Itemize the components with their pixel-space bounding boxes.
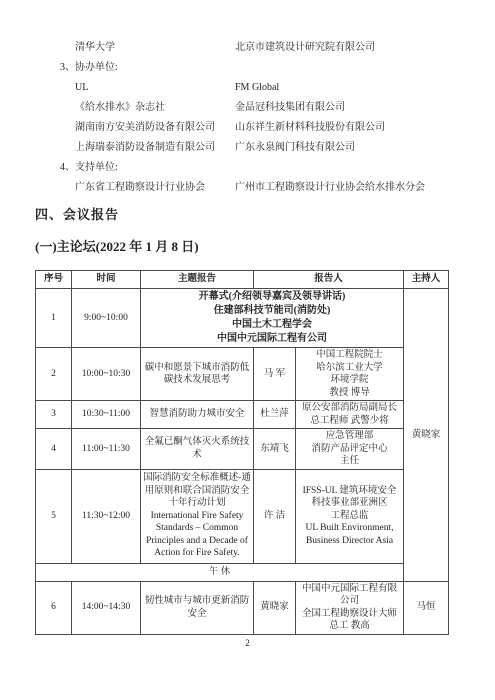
affiliation-line: 工程总监 [298, 510, 401, 523]
serial-cell: 4 [36, 429, 72, 470]
time-cell: 11:00~11:30 [72, 429, 141, 470]
serial-cell: 5 [36, 469, 72, 563]
table-row: 2 10:00~10:30 碳中和愿景下城市消防低碳技术发展思考 马 军 中国工… [36, 348, 449, 401]
co-organizer-left: 湖南南方安美消防设备有限公司 [75, 118, 235, 138]
supporter-left: 广东省工程勘察设计行业协会 [75, 178, 235, 198]
time-cell: 14:00~14:30 [72, 581, 141, 634]
topic-line-en: International Fire Safety Standards – Co… [143, 510, 251, 560]
co-organizer-row: UL FM Global [35, 78, 463, 98]
opening-line: 住建部科技节能司(消防处) [143, 304, 401, 318]
co-organizer-row: 《给水排水》杂志社 金品冠科技集团有限公司 [35, 98, 463, 118]
co-organizer-row: 湖南南方安美消防设备有限公司 山东祥生新材料科技股份有限公司 [35, 118, 463, 138]
affiliation-line: 教授 博导 [298, 387, 401, 400]
co-organizer-right: 金品冠科技集团有限公司 [235, 98, 463, 118]
affiliation-cell: 中国工程院院士 哈尔滨工业大学 环境学院 教授 博导 [296, 348, 404, 401]
organizer-left: 清华大学 [75, 38, 235, 58]
affiliation-line: 中国工程院院士 [298, 349, 401, 362]
co-organizer-right: 广东永泉阀门科技有限公司 [235, 138, 463, 158]
time-cell: 10:00~10:30 [72, 348, 141, 401]
document-page: 清华大学 北京市建筑设计研究院有限公司 3、协办单位: UL FM Global… [0, 0, 495, 700]
opening-cell: 开幕式(介绍领导嘉宾及领导讲话) 住建部科技节能司(消防处) 中国土木工程学会 … [141, 289, 404, 348]
affiliation-line: 环境学院 [298, 374, 401, 387]
page-number: 2 [0, 638, 495, 648]
speaker-cell: 马 军 [254, 348, 296, 401]
serial-cell: 2 [36, 348, 72, 401]
table-row: 4 11:00~11:30 全氟已酮气体灭火系统技术 东靖飞 应急管理部 消防产… [36, 429, 449, 470]
affiliation-line: 主任 [298, 455, 401, 468]
affiliation-line: UL Built Environment, [298, 522, 401, 535]
header-host: 主持人 [404, 271, 449, 289]
table-row: 6 14:00~14:30 韧性城市与城市更新消防安全 黄晓家 中国中元国际工程… [36, 581, 449, 634]
affiliation-line: IFSS-UL 建筑环境安全 [298, 485, 401, 498]
host-cell-morning: 黄晓家 [404, 289, 449, 582]
affiliation-line: 全国工程勘察设计大师 [298, 608, 401, 621]
table-header-row: 序号 时间 主题报告 报告人 主持人 [36, 271, 449, 289]
topic-cell: 国际消防安全标准概述-通用原则和联合国消防安全十年行动计划 Internatio… [141, 469, 254, 563]
organizer-right: 北京市建筑设计研究院有限公司 [235, 38, 463, 58]
header-serial: 序号 [36, 271, 72, 289]
header-speaker: 报告人 [254, 271, 404, 289]
co-organizer-right: FM Global [235, 78, 463, 98]
affiliation-line: 中国中元国际工程有限公司 [298, 583, 401, 608]
supporters-heading: 4、支持单位: [60, 158, 463, 178]
agenda-table: 序号 时间 主题报告 报告人 主持人 1 9:00~10:00 开幕式(介绍领导… [35, 270, 449, 635]
table-row-opening: 1 9:00~10:00 开幕式(介绍领导嘉宾及领导讲话) 住建部科技节能司(消… [36, 289, 449, 348]
topic-cell: 全氟已酮气体灭火系统技术 [141, 429, 254, 470]
topic-cell: 韧性城市与城市更新消防安全 [141, 581, 254, 634]
time-cell: 11:30~12:00 [72, 469, 141, 563]
affiliation-line: 应急管理部 [298, 430, 401, 443]
affiliation-cell: IFSS-UL 建筑环境安全 科技事业部亚洲区 工程总监 UL Built En… [296, 469, 404, 563]
affiliation-line: 总工 教高 [298, 620, 401, 633]
affiliation-line: 总工程师 武警少将 [298, 415, 401, 428]
header-topic: 主题报告 [141, 271, 254, 289]
opening-line: 中国中元国际工程有公司 [143, 332, 401, 346]
affiliation-line: Business Director Asia [298, 535, 401, 548]
opening-line: 中国土木工程学会 [143, 318, 401, 332]
serial-cell: 3 [36, 401, 72, 429]
serial-cell: 1 [36, 289, 72, 348]
speaker-cell: 许 洁 [254, 469, 296, 563]
affiliation-cell: 原公安部消防局副局长 总工程师 武警少将 [296, 401, 404, 429]
co-organizer-row: 上海瑞泰消防设备制造有限公司 广东永泉阀门科技有限公司 [35, 138, 463, 158]
supporter-row: 广东省工程勘察设计行业协会 广州市工程勘察设计行业协会给水排水分会 [35, 178, 463, 198]
host-cell-afternoon: 马恒 [404, 581, 449, 634]
opening-line: 开幕式(介绍领导嘉宾及领导讲话) [143, 290, 401, 304]
co-organizer-right: 山东祥生新材料科技股份有限公司 [235, 118, 463, 138]
header-time: 时间 [72, 271, 141, 289]
co-organizer-left: 上海瑞泰消防设备制造有限公司 [75, 138, 235, 158]
affiliation-cell: 中国中元国际工程有限公司 全国工程勘察设计大师 总工 教高 [296, 581, 404, 634]
speaker-cell: 杜兰萍 [254, 401, 296, 429]
section-title: 四、会议报告 [35, 204, 119, 223]
affiliation-line: 科技事业部亚洲区 [298, 497, 401, 510]
affiliation-line: 哈尔滨工业大学 [298, 362, 401, 375]
section-subtitle: (一)主论坛(2022 年 1 月 8 日) [35, 236, 199, 255]
table-row: 3 10:30~11:00 智慧消防助力城市安全 杜兰萍 原公安部消防局副局长 … [36, 401, 449, 429]
co-organizer-left: 《给水排水》杂志社 [75, 98, 235, 118]
affiliation-line: 原公安部消防局副局长 [298, 402, 401, 415]
topic-cell: 碳中和愿景下城市消防低碳技术发展思考 [141, 348, 254, 401]
serial-cell: 6 [36, 581, 72, 634]
time-cell: 9:00~10:00 [72, 289, 141, 348]
co-organizers-heading: 3、协办单位: [60, 58, 463, 78]
time-cell: 10:30~11:00 [72, 401, 141, 429]
organizer-section: 清华大学 北京市建筑设计研究院有限公司 3、协办单位: UL FM Global… [35, 38, 463, 198]
co-organizer-left: UL [75, 78, 235, 98]
topic-cell: 智慧消防助力城市安全 [141, 401, 254, 429]
organizer-row: 清华大学 北京市建筑设计研究院有限公司 [35, 38, 463, 58]
supporter-right: 广州市工程勘察设计行业协会给水排水分会 [235, 178, 463, 198]
affiliation-line: 消防产品评定中心 [298, 443, 401, 456]
speaker-cell: 东靖飞 [254, 429, 296, 470]
speaker-cell: 黄晓家 [254, 581, 296, 634]
affiliation-cell: 应急管理部 消防产品评定中心 主任 [296, 429, 404, 470]
break-row: 午 休 [36, 563, 449, 581]
break-cell: 午 休 [36, 563, 404, 581]
topic-line-cn: 国际消防安全标准概述-通用原则和联合国消防安全十年行动计划 [143, 472, 251, 510]
table-row: 5 11:30~12:00 国际消防安全标准概述-通用原则和联合国消防安全十年行… [36, 469, 449, 563]
